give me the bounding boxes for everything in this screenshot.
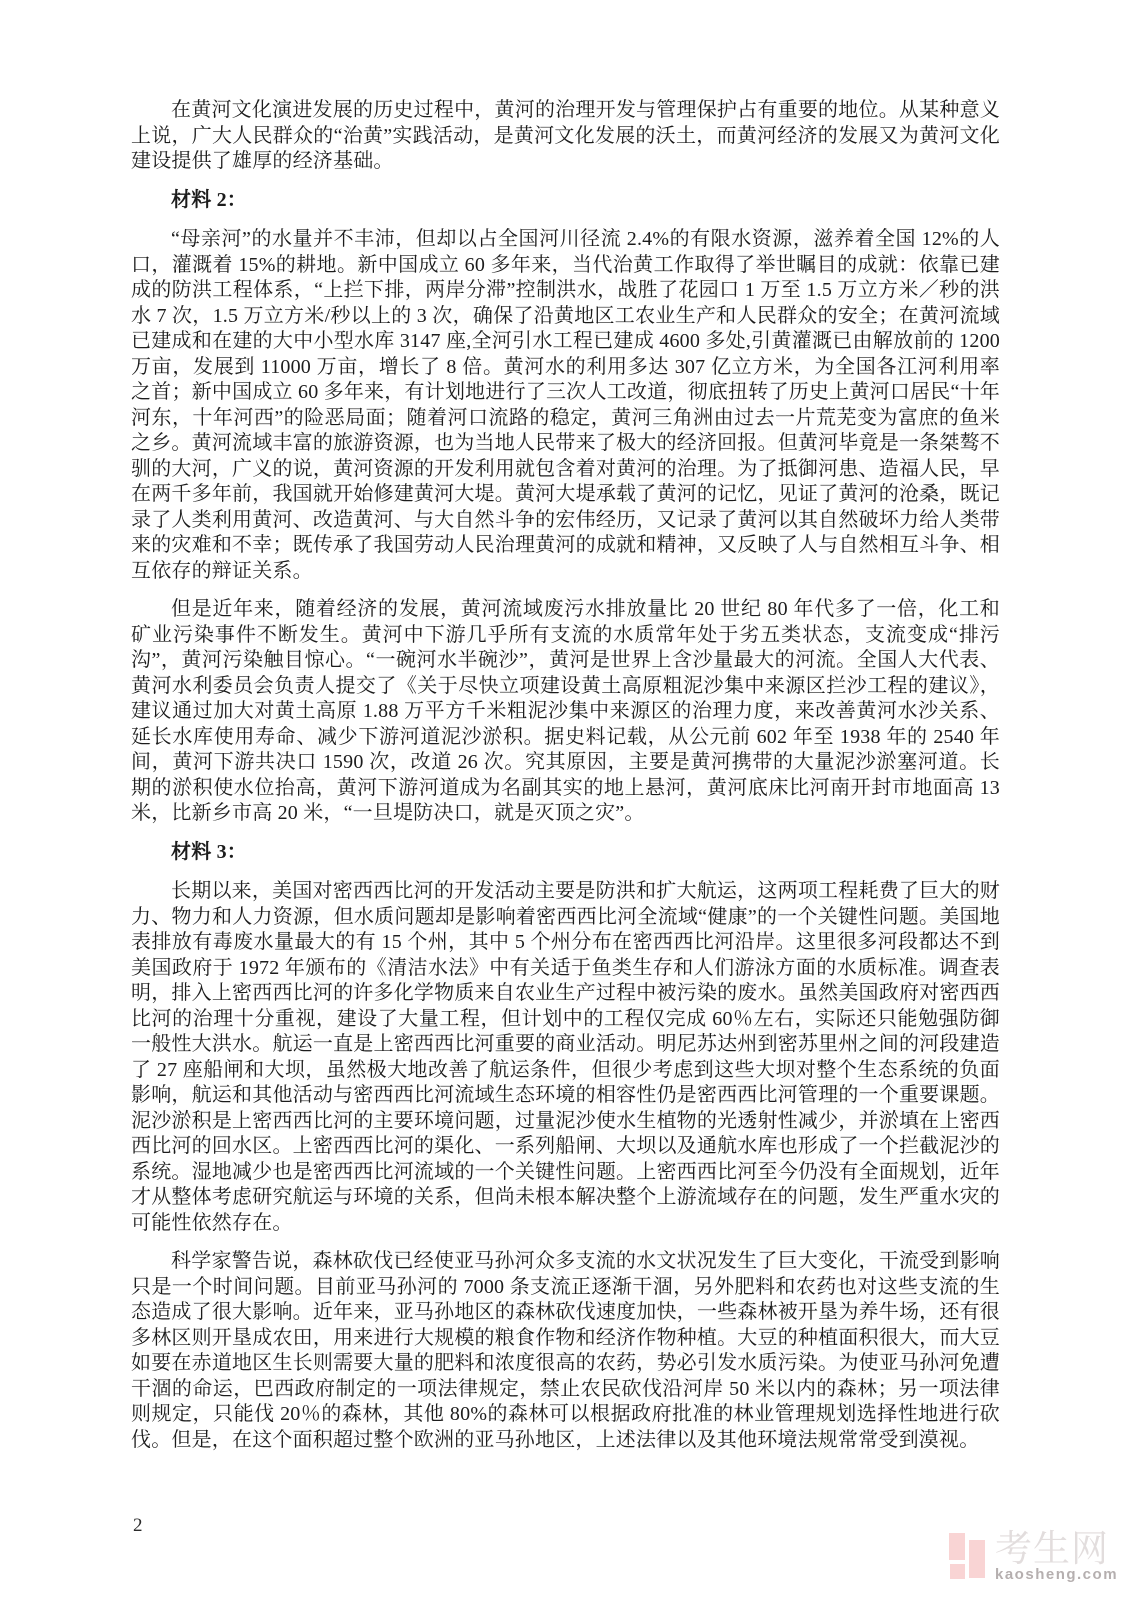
- logo-block-top-left: [949, 1533, 965, 1560]
- kaosheng-watermark: 考生网 kaosheng.com: [948, 1531, 1113, 1583]
- kaosheng-logo-icon: [948, 1531, 986, 1581]
- page-number: 2: [133, 1515, 143, 1537]
- document-body: 在黄河文化演进发展的历史过程中，黄河的治理开发与管理保护占有重要的地位。从某种意…: [131, 98, 1000, 1466]
- paragraph-mississippi-river: 长期以来，美国对密西西比河的开发活动主要是防洪和扩大航运，这两项工程耗费了巨大的…: [131, 879, 1000, 1236]
- paragraph-amazon-river: 科学家警告说，森林砍伐已经使亚马孙河众多支流的水文状况发生了巨大变化，干流受到影…: [131, 1249, 1000, 1453]
- logo-block-right-bar: [969, 1540, 985, 1578]
- watermark-site-domain: kaosheng.com: [995, 1567, 1118, 1583]
- document-page: 在黄河文化演进发展的历史过程中，黄河的治理开发与管理保护占有重要的地位。从某种意…: [0, 0, 1131, 1600]
- logo-block-bottom-left: [950, 1564, 965, 1579]
- heading-material-2: 材料 2：: [131, 188, 1000, 214]
- paragraph-yellow-river-culture: 在黄河文化演进发展的历史过程中，黄河的治理开发与管理保护占有重要的地位。从某种意…: [131, 98, 1000, 175]
- paragraph-yellow-river-pollution: 但是近年来，随着经济的发展，黄河流域废污水排放量比 20 世纪 80 年代多了一…: [131, 597, 1000, 827]
- heading-material-3: 材料 3：: [131, 840, 1000, 866]
- paragraph-mother-river-achievements: “母亲河”的水量并不丰沛，但却以占全国河川径流 2.4%的有限水资源，滋养着全国…: [131, 227, 1000, 584]
- watermark-text: 考生网 kaosheng.com: [995, 1531, 1118, 1583]
- watermark-site-name: 考生网: [995, 1531, 1118, 1567]
